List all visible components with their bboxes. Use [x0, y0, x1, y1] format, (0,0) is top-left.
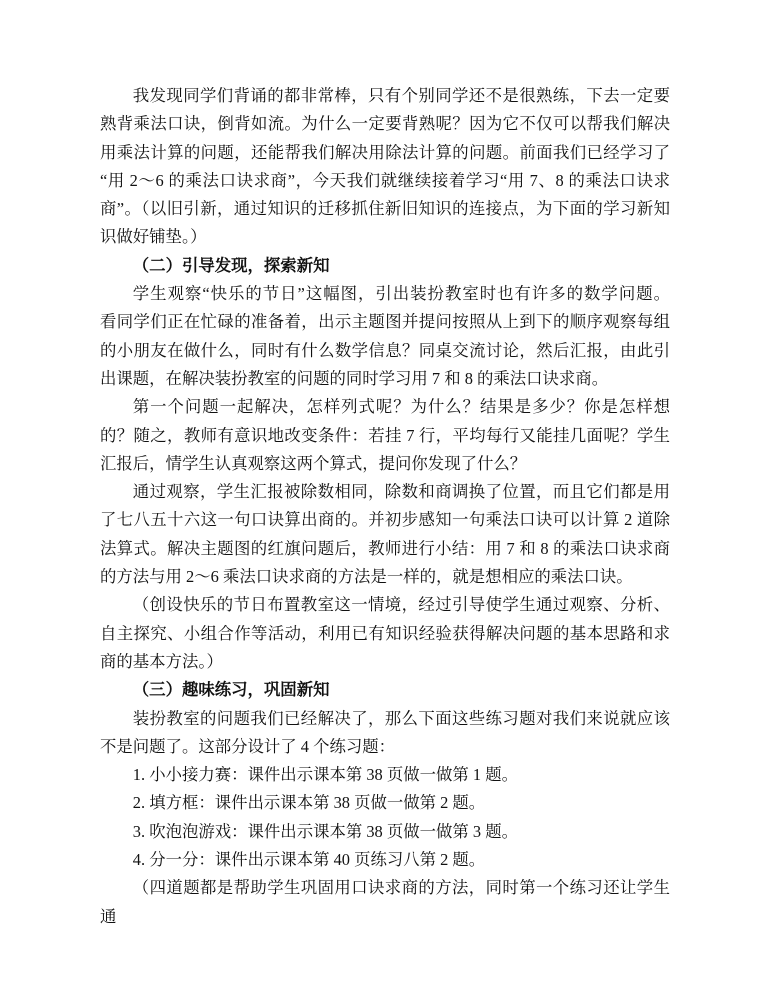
practice-item: 3. 吹泡泡游戏：课件出示课本第 38 页做一做第 3 题。 — [100, 818, 670, 846]
text-line: 看同学们正在忙碌的准备着，出示主题图并提问按照从上到下的顺序观察每组 — [100, 308, 670, 336]
text-line: 的方法与用 2～6 乘法口诀求商的方法是一样的，就是想相应的乘法口诀。 — [100, 563, 670, 591]
text-line: 熟背乘法口诀，倒背如流。为什么一定要背熟呢？因为它不仅可以帮我们解决 — [100, 110, 670, 138]
text-line: 自主探究、小组合作等活动，利用已有知识经验获得解决问题的基本思路和求 — [100, 620, 670, 648]
text-line: 4. 分一分：课件出示课本第 40 页练习八第 2 题。 — [100, 846, 670, 874]
text-line: 1. 小小接力赛：课件出示课本第 38 页做一做第 1 题。 — [100, 761, 670, 789]
text-line: 装扮教室的问题我们已经解决了，那么下面这些练习题对我们来说就应该 — [100, 705, 670, 733]
text-line: 的小朋友在做什么，同时有什么数学信息？同桌交流讨论，然后汇报，由此引 — [100, 337, 670, 365]
paragraph: 装扮教室的问题我们已经解决了，那么下面这些练习题对我们来说就应该不是问题了。这部… — [100, 705, 670, 762]
section-heading: （二）引导发现，探索新知 — [100, 252, 670, 280]
text-line: 3. 吹泡泡游戏：课件出示课本第 38 页做一做第 3 题。 — [100, 818, 670, 846]
text-line: 的？随之，教师有意识地改变条件：若挂 7 行，平均每行又能挂几面呢？学生 — [100, 422, 670, 450]
paragraph: （四道题都是帮助学生巩固用口诀求商的方法，同时第一个练习还让学生通 — [100, 874, 670, 931]
practice-item: 4. 分一分：课件出示课本第 40 页练习八第 2 题。 — [100, 846, 670, 874]
text-line: 用乘法计算的问题，还能帮我们解决用除法计算的问题。前面我们已经学习了 — [100, 139, 670, 167]
section-heading: （三）趣味练习，巩固新知 — [100, 676, 670, 704]
text-line: 法算式。解决主题图的红旗问题后，教师进行小结：用 7 和 8 的乘法口诀求商 — [100, 535, 670, 563]
paragraph: 学生观察“快乐的节日”这幅图，引出装扮教室时也有许多的数学问题。看同学们正在忙碌… — [100, 280, 670, 393]
text-line: （四道题都是帮助学生巩固用口诀求商的方法，同时第一个练习还让学生通 — [100, 874, 670, 931]
text-line: 2. 填方框：课件出示课本第 38 页做一做第 2 题。 — [100, 789, 670, 817]
text-line: 商”。（以旧引新，通过知识的迁移抓住新旧知识的连接点，为下面的学习新知 — [100, 195, 670, 223]
text-line: 学生观察“快乐的节日”这幅图，引出装扮教室时也有许多的数学问题。 — [100, 280, 670, 308]
text-line: 汇报后，情学生认真观察这两个算式，提问你发现了什么？ — [100, 450, 670, 478]
text-line: 我发现同学们背诵的都非常棒，只有个别同学还不是很熟练，下去一定要 — [100, 82, 670, 110]
text-line: 识做好铺垫。） — [100, 223, 670, 251]
text-line: 通过观察，学生汇报被除数相同，除数和商调换了位置，而且它们都是用 — [100, 478, 670, 506]
text-line: （三）趣味练习，巩固新知 — [100, 676, 670, 704]
text-line: “用 2～6 的乘法口诀求商”，今天我们就继续接着学习“用 7、8 的乘法口诀求 — [100, 167, 670, 195]
paragraph: 通过观察，学生汇报被除数相同，除数和商调换了位置，而且它们都是用了七八五十六这一… — [100, 478, 670, 591]
document-page: 我发现同学们背诵的都非常棒，只有个别同学还不是很熟练，下去一定要熟背乘法口诀，倒… — [0, 0, 770, 1000]
text-line: 商的基本方法。） — [100, 648, 670, 676]
text-line: 出课题，在解决装扮教室的问题的同时学习用 7 和 8 的乘法口诀求商。 — [100, 365, 670, 393]
text-line: （创设快乐的节日布置教室这一情境，经过引导使学生通过观察、分析、 — [100, 591, 670, 619]
text-line: 第一个问题一起解决，怎样列式呢？为什么？结果是多少？你是怎样想 — [100, 393, 670, 421]
text-line: （二）引导发现，探索新知 — [100, 252, 670, 280]
paragraph: 我发现同学们背诵的都非常棒，只有个别同学还不是很熟练，下去一定要熟背乘法口诀，倒… — [100, 82, 670, 252]
practice-item: 1. 小小接力赛：课件出示课本第 38 页做一做第 1 题。 — [100, 761, 670, 789]
paragraph: 第一个问题一起解决，怎样列式呢？为什么？结果是多少？你是怎样想的？随之，教师有意… — [100, 393, 670, 478]
text-line: 不是问题了。这部分设计了 4 个练习题： — [100, 733, 670, 761]
paragraph: （创设快乐的节日布置教室这一情境，经过引导使学生通过观察、分析、自主探究、小组合… — [100, 591, 670, 676]
text-line: 了七八五十六这一句口诀算出商的。并初步感知一句乘法口诀可以计算 2 道除 — [100, 506, 670, 534]
practice-item: 2. 填方框：课件出示课本第 38 页做一做第 2 题。 — [100, 789, 670, 817]
